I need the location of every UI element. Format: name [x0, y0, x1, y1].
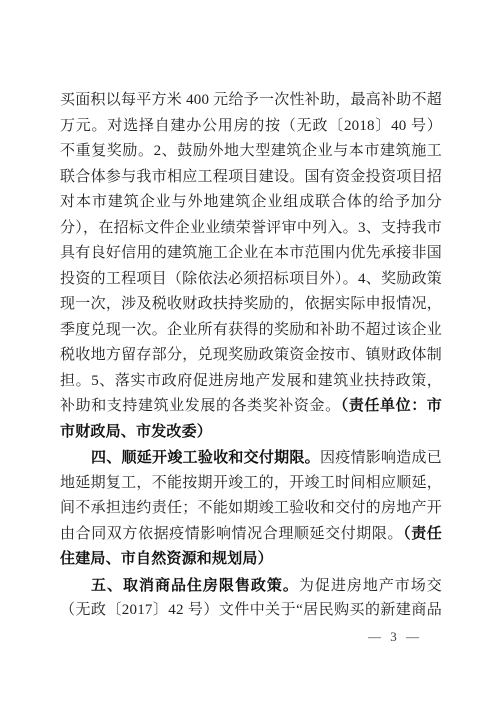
text-line: 现一次，涉及税收财政扶持奖励的，依据实际申报情况，可按每 [60, 292, 442, 318]
document-page: 买面积以每平方米 400 元给予一次性补助，最高补助不超过 200万元。对选择自… [0, 0, 500, 707]
body-text-segment: 税收地方留存部分，兑现奖励政策资金按市、镇财政体制分级承 [60, 347, 442, 369]
document-body: 买面积以每平方米 400 元给予一次性补助，最高补助不超过 200万元。对选择自… [60, 88, 442, 624]
responsibility-note: 市财政局、市发改委） [60, 424, 212, 440]
text-line: 市财政局、市发改委） [60, 420, 442, 446]
section-heading: 五、取消商品住房限售政策。 [91, 577, 299, 594]
body-text-segment: 投资的工程项目（除依法必须招标项目外）。4、奖励政策每年兑 [60, 271, 442, 293]
text-line: （无政〔2017〕42 号）文件中关于“居民购买的新建商品住房须 [60, 598, 442, 624]
body-text-segment: 具有良好信用的建筑施工企业在本市范围内优先承接非国有资金 [60, 245, 442, 267]
text-line: 税收地方留存部分，兑现奖励政策资金按市、镇财政体制分级承 [60, 343, 442, 369]
text-line: 间不承担违约责任；不能如期竣工验收和交付的房地产开发项目， [60, 496, 442, 522]
body-text-segment: （无政〔2017〕42 号）文件中关于“居民购买的新建商品住房须 [60, 602, 442, 624]
section-heading: 四、顺延开竣工验收和交付期限。 [91, 449, 320, 466]
body-text-segment: 不重复奖励。2、鼓励外地大型建筑企业与本市建筑施工企业组成 [60, 143, 442, 165]
body-text-segment: 对本市建筑企业与外地建筑企业组成联合体的给予加分（不少于 1 [60, 194, 442, 216]
text-line: 具有良好信用的建筑施工企业在本市范围内优先承接非国有资金 [60, 241, 442, 267]
text-line: 四、顺延开竣工验收和交付期限。因疫情影响造成已出让土 [60, 445, 442, 471]
text-line: 分），在招标文件企业业绩荣誉评审中列入。3、支持我市注册的 [60, 216, 442, 242]
body-text-segment: 万元。对选择自建办公用房的按（无政〔2018〕40 号）文件执行， [60, 118, 442, 140]
body-text-segment: 地延期复工，不能按期开竣工的，开竣工时间相应顺延，疫情期 [60, 475, 442, 497]
text-line: 由合同双方依据疫情影响情况合理顺延交付期限。（责任单位：市 [60, 522, 442, 548]
text-line: 季度兑现一次。企业所有获得的奖励和补助不超过该企业所缴纳 [60, 318, 442, 344]
text-line: 万元。对选择自建办公用房的按（无政〔2018〕40 号）文件执行， [60, 114, 442, 140]
body-text-segment: 间不承担违约责任；不能如期竣工验收和交付的房地产开发项目， [60, 500, 442, 522]
body-text-segment: 担。5、落实市政府促进房地产发展和建筑业扶持政策，兑现购房 [60, 373, 442, 395]
text-line: 不重复奖励。2、鼓励外地大型建筑企业与本市建筑施工企业组成 [60, 139, 442, 165]
body-text-segment: 现一次，涉及税收财政扶持奖励的，依据实际申报情况，可按每 [60, 296, 442, 318]
text-line: 担。5、落实市政府促进房地产发展和建筑业扶持政策，兑现购房 [60, 369, 442, 395]
text-line: 对本市建筑企业与外地建筑企业组成联合体的给予加分（不少于 1 [60, 190, 442, 216]
body-text-segment: 分），在招标文件企业业绩荣誉评审中列入。3、支持我市注册的 [60, 220, 442, 242]
body-text-segment: 买面积以每平方米 400 元给予一次性补助，最高补助不超过 200 [60, 92, 442, 114]
text-line: 补助和支持建筑业发展的各类奖补资金。（责任单位：市住建局、 [60, 394, 442, 420]
text-line: 住建局、市自然资源和规划局） [60, 547, 442, 573]
text-line: 买面积以每平方米 400 元给予一次性补助，最高补助不超过 200 [60, 88, 442, 114]
body-text-segment: 季度兑现一次。企业所有获得的奖励和补助不超过该企业所缴纳 [60, 322, 442, 344]
body-text-segment: 由合同双方依据疫情影响情况合理顺延交付期限。 [60, 526, 403, 542]
page-number: — 3 — [368, 629, 422, 645]
body-text-segment: 补助和支持建筑业发展的各类奖补资金。 [60, 398, 341, 414]
text-line: 投资的工程项目（除依法必须招标项目外）。4、奖励政策每年兑 [60, 267, 442, 293]
body-text-segment: 联合体参与我市相应工程项目建设。国有资金投资项目招标时， [60, 169, 442, 191]
text-line: 五、取消商品住房限售政策。为促进房地产市场交易，取消 [60, 573, 442, 599]
responsibility-note: 住建局、市自然资源和规划局） [60, 551, 273, 567]
text-line: 联合体参与我市相应工程项目建设。国有资金投资项目招标时， [60, 165, 442, 191]
text-line: 地延期复工，不能按期开竣工的，开竣工时间相应顺延，疫情期 [60, 471, 442, 497]
